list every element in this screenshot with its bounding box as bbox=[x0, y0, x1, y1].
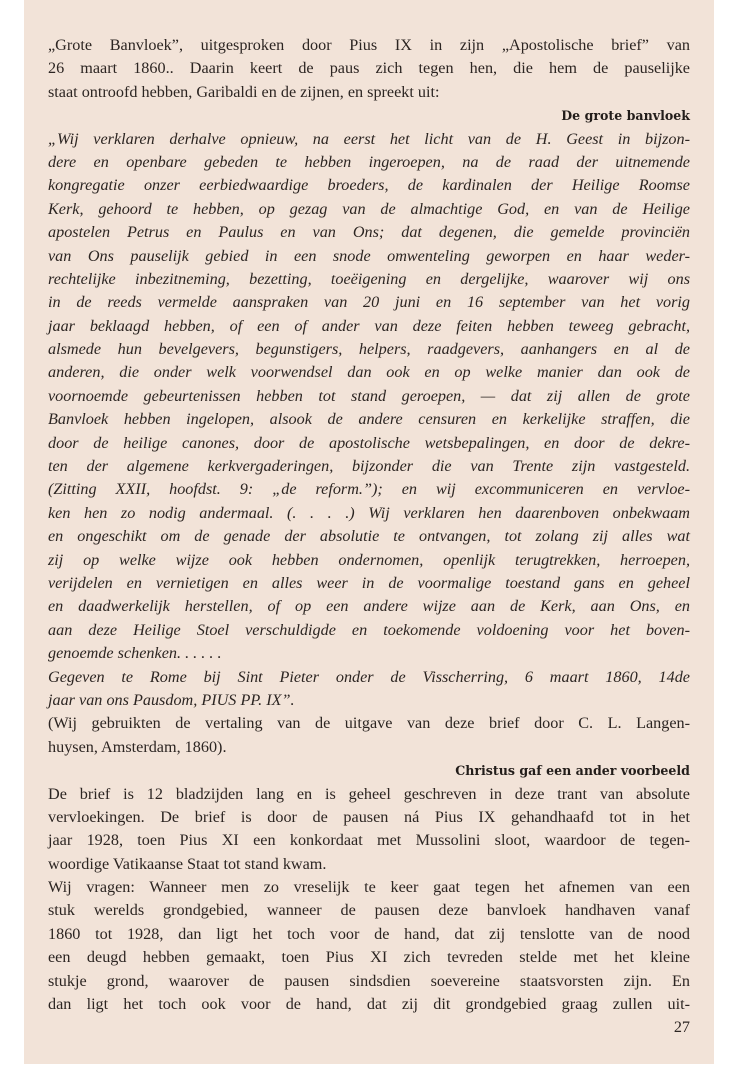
text-line: 26 maart 1860.. Daarin keert de paus zic… bbox=[48, 57, 690, 80]
quote-line: genoemde schenken. . . . . . bbox=[48, 642, 690, 665]
text-line: woordige Vatikaanse Staat tot stand kwam… bbox=[48, 853, 690, 876]
section-heading-grote-banvloek: De grote banvloek bbox=[48, 104, 690, 127]
section-heading-christus: Christus gaf een ander voorbeeld bbox=[48, 759, 690, 782]
quote-line: aan deze Heilige Stoel verschuldigde en … bbox=[48, 619, 690, 642]
text-line: „Grote Banvloek”, uitgesproken door Pius… bbox=[48, 34, 690, 57]
quote-line: zij op welke wijze ook hebben ondernomen… bbox=[48, 549, 690, 572]
text-line: (Wij gebruikten de vertaling van de uitg… bbox=[48, 712, 690, 735]
quote-line: alsmede hun bevelgevers, begunstigers, h… bbox=[48, 338, 690, 361]
body-paragraph: De brief is 12 bladzijden lang en is geh… bbox=[48, 783, 690, 1017]
quote-line: in de reeds vermelde aanspraken van 20 j… bbox=[48, 291, 690, 314]
text-line: huysen, Amsterdam, 1860). bbox=[48, 736, 690, 759]
text-line: dan ligt het toch ook voor de hand, dat … bbox=[48, 993, 690, 1016]
page-number: 27 bbox=[48, 1016, 690, 1039]
quote-line: voornoemde gebeurtenissen hebben tot sta… bbox=[48, 385, 690, 408]
book-page: „Grote Banvloek”, uitgesproken door Pius… bbox=[24, 0, 714, 1064]
text-line: jaar 1928, toen Pius XI een konkordaat m… bbox=[48, 829, 690, 852]
quote-line: Gegeven te Rome bij Sint Pieter onder de… bbox=[48, 666, 690, 689]
quote-line: rechtelijke inbezitneming, bezetting, to… bbox=[48, 268, 690, 291]
text-line: stuk werelds grondgebied, wanneer de pau… bbox=[48, 899, 690, 922]
text-line: 1860 tot 1928, dan ligt het toch voor de… bbox=[48, 923, 690, 946]
page-text: „Grote Banvloek”, uitgesproken door Pius… bbox=[48, 34, 690, 1040]
quote-line: van Ons pauselijk gebied in een snode om… bbox=[48, 245, 690, 268]
quote-line: dere en openbare gebeden te hebben inger… bbox=[48, 151, 690, 174]
quote-line: anderen, die onder welk voorwendsel dan … bbox=[48, 361, 690, 384]
papal-quote: „Wij verklaren derhalve opnieuw, na eers… bbox=[48, 128, 690, 713]
translation-note: (Wij gebruikten de vertaling van de uitg… bbox=[48, 712, 690, 759]
quote-line: Kerk, gehoord te hebben, op gezag van de… bbox=[48, 198, 690, 221]
quote-line: ken hen zo nodig andermaal. (. . . .) Wi… bbox=[48, 502, 690, 525]
quote-line: ten der algemene kerkvergaderingen, bijz… bbox=[48, 455, 690, 478]
quote-line: apostelen Petrus en Paulus en van Ons; d… bbox=[48, 221, 690, 244]
quote-line: „Wij verklaren derhalve opnieuw, na eers… bbox=[48, 128, 690, 151]
text-line: staat ontroofd hebben, Garibaldi en de z… bbox=[48, 81, 690, 104]
quote-line: en ongeschikt om de genade der absolutie… bbox=[48, 525, 690, 548]
quote-line: door de heilige canones, door de apostol… bbox=[48, 432, 690, 455]
text-line: vervloekingen. De brief is door de pause… bbox=[48, 806, 690, 829]
text-line: stukje grond, waarover de pausen sindsdi… bbox=[48, 970, 690, 993]
quote-line: en daadwerkelijk herstellen, of op een a… bbox=[48, 595, 690, 618]
quote-line: verijdelen en vernietigen en alles weer … bbox=[48, 572, 690, 595]
quote-line: (Zitting XXII, hoofdst. 9: „de reform.”)… bbox=[48, 478, 690, 501]
text-line: Wij vragen: Wanneer men zo vreselijk te … bbox=[48, 876, 690, 899]
quote-line: kongregatie onzer eerbiedwaardige broede… bbox=[48, 174, 690, 197]
quote-line: jaar van ons Pausdom, PIUS PP. IX”. bbox=[48, 689, 690, 712]
intro-paragraph: „Grote Banvloek”, uitgesproken door Pius… bbox=[48, 34, 690, 104]
quote-line: Banvloek hebben ingelopen, alsook de and… bbox=[48, 408, 690, 431]
text-line: De brief is 12 bladzijden lang en is geh… bbox=[48, 783, 690, 806]
quote-line: jaar beklaagd hebben, of een of ander va… bbox=[48, 315, 690, 338]
text-line: een deugd hebben gemaakt, toen Pius XI z… bbox=[48, 946, 690, 969]
